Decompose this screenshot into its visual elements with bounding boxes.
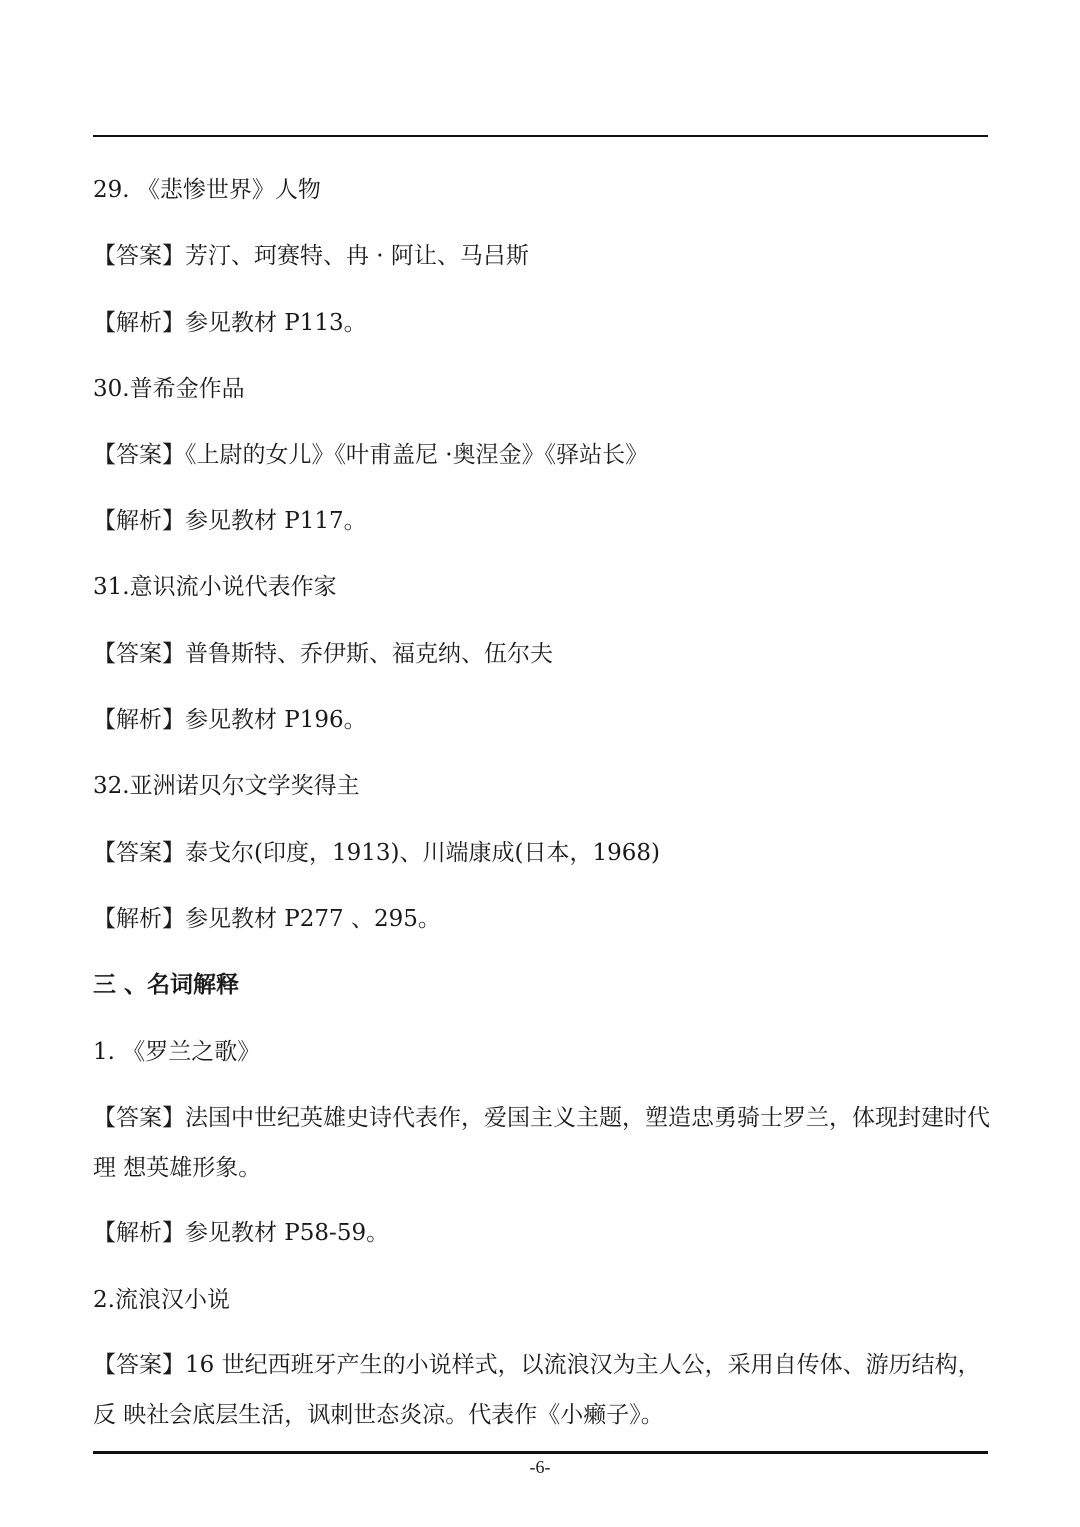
term-1-title: 1. 《罗兰之歌》 <box>93 1037 260 1067</box>
question-29: 29. 《悲惨世界》人物 <box>93 175 321 205</box>
header-rule <box>93 135 988 137</box>
analysis-31: 【解析】参见教材 P196。 <box>93 705 367 735</box>
term-1-answer: 【答案】法国中世纪英雄史诗代表作，爱国主义主题，塑造忠勇骑士罗兰，体现封建时代理… <box>93 1093 991 1193</box>
answer-31: 【答案】普鲁斯特、乔伊斯、福克纳、伍尔夫 <box>93 639 553 669</box>
answer-29: 【答案】芳汀、珂赛特、冉 · 阿让、马吕斯 <box>93 241 529 271</box>
analysis-29: 【解析】参见教材 P113。 <box>93 308 367 338</box>
analysis-32: 【解析】参见教材 P277 、295。 <box>93 904 441 934</box>
analysis-30: 【解析】参见教材 P117。 <box>93 506 367 536</box>
term-2-answer: 【答案】16 世纪西班牙产生的小说样式，以流浪汉为主人公，采用自传体、游历结构，… <box>93 1340 991 1440</box>
page-number: -6- <box>0 1457 1080 1478</box>
section-title: 三 、名词解释 <box>93 970 239 1000</box>
term-1-analysis: 【解析】参见教材 P58-59。 <box>93 1218 389 1248</box>
answer-30: 【答案】《上尉的女儿》《叶甫盖尼 ·奥涅金》《驿站长》 <box>93 440 648 470</box>
footer-rule <box>93 1451 988 1454</box>
answer-32: 【答案】泰戈尔(印度，1913)、川端康成(日本，1968) <box>93 838 660 868</box>
question-30: 30.普希金作品 <box>93 374 245 404</box>
question-32: 32.亚洲诺贝尔文学奖得主 <box>93 771 360 801</box>
term-2-title: 2.流浪汉小说 <box>93 1285 230 1315</box>
question-31: 31.意识流小说代表作家 <box>93 572 337 602</box>
